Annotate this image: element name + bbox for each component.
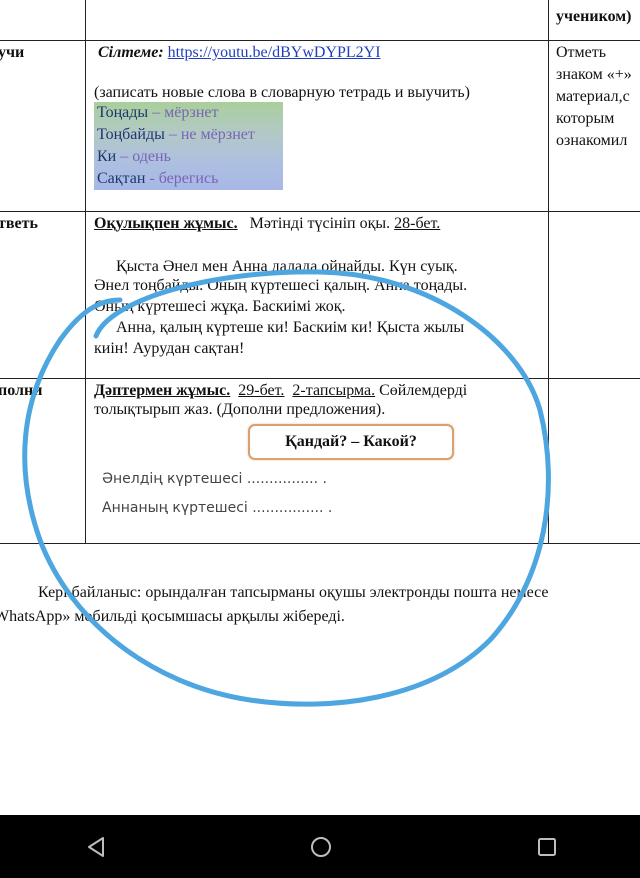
table-row-divider <box>0 378 640 379</box>
recents-button[interactable] <box>531 831 563 863</box>
table-col-divider <box>85 0 86 544</box>
task-title: Оқулықпен жұмыс. <box>94 215 238 232</box>
feedback-line: WhatsApp» мобильді қосымшасы арқылы жібе… <box>0 605 345 629</box>
right-col-line: Отметь <box>556 42 606 64</box>
right-col-line: материал,с <box>556 86 630 108</box>
vocab-item: Ки – одень <box>97 146 280 168</box>
triangle-back-icon <box>85 835 107 859</box>
table-row-divider <box>0 40 640 41</box>
circle-home-icon <box>309 835 333 859</box>
table-row-divider <box>0 211 640 212</box>
right-col-line: знаком «+» <box>556 64 632 86</box>
row2-left-label: тветь <box>0 213 38 235</box>
back-button[interactable] <box>80 831 112 863</box>
vocab-item: Тоңбайды – не мёрзнет <box>97 124 280 146</box>
fill-in-sentence: Аннаның күртешесі ................ . <box>102 500 332 516</box>
page-ref: 28-бет. <box>394 215 440 232</box>
link-label: Сілтеме: <box>98 44 164 61</box>
vocab-item: Тоңады – мёрзнет <box>97 102 280 124</box>
task-text: Сөйлемдерді <box>379 382 467 399</box>
instruction-text: (записать новые слова в словарную тетрад… <box>94 82 470 104</box>
page-ref: 29-бет. <box>238 382 284 399</box>
header-right-col-text: учеником) <box>556 6 632 28</box>
paragraph-line: Әнел тоңбайды. Оның күртешесі қалың. Анн… <box>94 275 467 297</box>
exercise-ref: 2-тапсырма. <box>292 382 375 399</box>
square-recents-icon <box>536 836 558 858</box>
row3-left-label: полни <box>0 380 42 402</box>
vocabulary-box: Тоңады – мёрзнет Тоңбайды – не мёрзнет К… <box>94 102 283 190</box>
row1-left-label: учи <box>0 42 24 64</box>
document-page: учеником) учи Сілтеме: https://youtu.be/… <box>0 0 640 815</box>
task-text-line2: толықтырып жаз. (Дополни предложения). <box>94 399 385 421</box>
paragraph-line: киін! Аурудан сақтан! <box>94 338 244 360</box>
fill-in-sentence: Әнелдің күртешесі ................ . <box>102 471 327 487</box>
question-box: Қандай? – Какой? <box>248 424 454 460</box>
home-button[interactable] <box>305 831 337 863</box>
vocab-item: Сақтан - берегись <box>97 168 280 190</box>
link-line: Сілтеме: https://youtu.be/dBYwDYPL2YI <box>98 42 381 64</box>
right-col-line: ознакомил <box>556 130 627 152</box>
feedback-line: Кері байланыс: орындалған тапсырманы оқу… <box>38 581 549 605</box>
table-row-divider <box>0 543 640 544</box>
paragraph-line: Анна, қалың күртеше ки! Баскиім ки! Қыст… <box>116 317 464 339</box>
task-title: Дәптермен жұмыс. <box>94 382 230 399</box>
task-text: Мәтінді түсініп оқы. <box>250 215 391 232</box>
android-navigation-bar <box>0 815 640 878</box>
right-col-line: которым <box>556 108 614 130</box>
paragraph-line: Оның күртешесі жұқа. Баскиімі жоқ. <box>94 296 346 318</box>
table-col-divider <box>548 0 549 544</box>
youtube-link[interactable]: https://youtu.be/dBYwDYPL2YI <box>168 44 381 61</box>
row2-task-line: Оқулықпен жұмыс. Мәтінді түсініп оқы. 28… <box>94 213 440 235</box>
